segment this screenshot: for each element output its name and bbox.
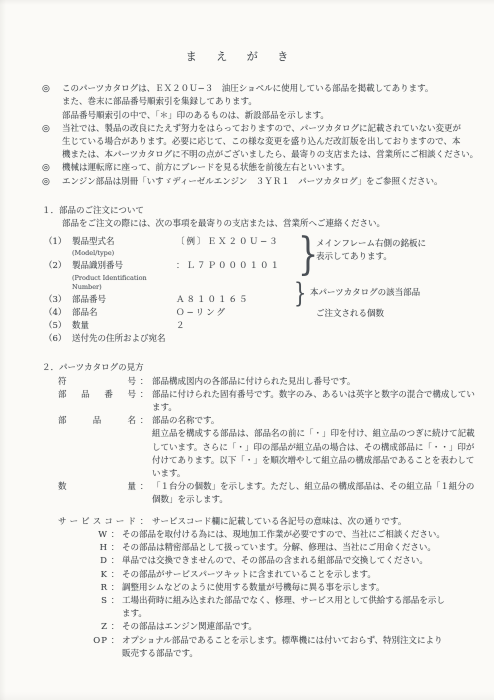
service-code-line: その部品は精密部品として扱っています。分解、修理は、当社にご用命ください。 [122, 542, 470, 555]
item-value: Ａ８１０１６５ [176, 294, 250, 307]
definition-term: 部品名 [58, 415, 136, 481]
note-text: このパーツカタログは、ＥＸ２０Ｕ−３ 油圧ショベルに使用している部品を掲載してあ… [62, 83, 470, 123]
service-code-key: S [58, 595, 108, 621]
service-code-line: その部品を取付ける為には、現地加工作業が必要ですので、当社にご相談ください。 [122, 529, 470, 542]
item-label: 送付先の住所および宛名 [72, 333, 176, 346]
service-code-item: OP ： オプショナル部品であることを示します。標準機には付いておらず、特別注文… [42, 635, 470, 661]
catalog-part-annotation: 本パーツカタログの該当部品 [310, 287, 420, 300]
item-number: （4） [44, 307, 72, 320]
section-ordering-parts: １．部品のご注文について 部品をご注文の際には、次の事項を最寄りの支店または、営… [42, 205, 470, 347]
item-label: 数量 [72, 320, 176, 333]
colon-separator: ： [108, 569, 122, 582]
note-line: エンジン部品は別冊「いすゞディーゼルエンジン ３ＹＲ１ パーツカタログ」をご参照… [62, 176, 470, 189]
colon-separator: ： [136, 481, 152, 507]
note-line: 当社では、製品の改良にたえず努力をはらっておりますので、パーツカタログに記載され… [62, 123, 478, 136]
service-code-line: 販売する部品です。 [122, 648, 470, 661]
scanned-document-page: { "symbols": { "bullet": "◎", "colon": "… [0, 0, 494, 700]
definition-line: 個数」を示します。 [152, 494, 474, 507]
item-value: 〔例〕ＥＸ２０Ｕ−３ [176, 236, 280, 258]
section-how-to-read: ２．パーツカタログの見方 符号 ： 部品構成図内の各部品に付けられた見出し番号で… [42, 362, 470, 660]
order-info-row: （6） 送付先の住所および宛名 [44, 333, 470, 346]
service-code-key: H [58, 542, 108, 555]
item-number: （1） [44, 236, 72, 258]
page-title: ま え が き [42, 50, 440, 63]
note-text: エンジン部品は別冊「いすゞディーゼルエンジン ３ＹＲ１ パーツカタログ」をご参照… [62, 176, 470, 189]
service-code-line: ます。 [122, 608, 470, 621]
note-item: ◎ このパーツカタログは、ＥＸ２０Ｕ−３ 油圧ショベルに使用している部品を掲載し… [42, 83, 470, 123]
colon-separator: ： [108, 635, 122, 661]
service-code-key: R [58, 582, 108, 595]
service-code-item: K ： その部品がサービスパーツキットに含まれていることを示します。 [42, 569, 470, 582]
order-info-row: （5） 数量 ２ [44, 320, 470, 333]
note-line: 部品番号順索引の中で、「＊」印のあるものは、新設部品を示します。 [62, 110, 470, 123]
service-code-key: W [58, 529, 108, 542]
note-item: ◎ エンジン部品は別冊「いすゞディーゼルエンジン ３ＹＲ１ パーツカタログ」をご… [42, 176, 470, 189]
definition-line: 「１台分の個数」を示します。ただし、組立品の構成部品は、その組立品「１組分の [152, 481, 474, 494]
colon-separator: ： [136, 376, 152, 389]
item-number: （5） [44, 320, 72, 333]
double-circle-bullet-icon: ◎ [42, 123, 62, 163]
order-info-list: （1） 製品型式名 (Model/type) 〔例〕ＥＸ２０Ｕ−３ （2） 製品… [44, 236, 470, 346]
item-number: （6） [44, 333, 72, 346]
note-line: 機械は運転席に座って、前方にブレードを見る状態を前後左右といいます。 [62, 162, 470, 175]
service-code-item: S ： 工場出荷時に組み込まれた部品でなく、修理、サービス用として供給する部品を… [42, 595, 470, 621]
item-label: 製品型式名 [72, 236, 176, 249]
service-code-key: OP [58, 635, 108, 661]
service-code-item: H ： その部品は精密部品として扱っています。分解、修理は、当社にご用命ください… [42, 542, 470, 555]
note-text: 当社では、製品の改良にたえず努力をはらっておりますので、パーツカタログに記載され… [62, 123, 478, 163]
service-code-line: その部品がサービスパーツキットに含まれていることを示します。 [122, 569, 470, 582]
service-code-term: サービスコード [58, 516, 136, 529]
definition-line: 付けてあります。以下「・」を順次増やして組立品の構成部品であることを表わして [152, 455, 475, 468]
colon-separator: ： [108, 529, 122, 542]
item-label: 部品名 [72, 307, 176, 320]
service-code-desc: サービスコード欄に記載している各記号の意味は、次の通りです。 [152, 516, 470, 529]
definition-row: 部品名 ： 部品の名称です。 組立品を構成する部品は、部品名の前に「・」印を付け… [42, 415, 470, 481]
colon-separator: ： [136, 516, 152, 529]
annotation-line: メインフレーム右側の銘板に [316, 238, 426, 251]
double-circle-bullet-icon: ◎ [42, 162, 62, 175]
definition-row: 数量 ： 「１台分の個数」を示します。ただし、組立品の構成部品は、その組立品「１… [42, 481, 470, 507]
definition-line: います。 [152, 468, 475, 481]
colon-separator: ： [108, 582, 122, 595]
definition-line: 部品の名称です。 [152, 415, 475, 428]
colon-separator: ： [136, 415, 152, 481]
service-code-key: D [58, 555, 108, 568]
definition-line: 組立品を構成する部品は、部品名の前に「・」印を付け、組立品のつぎに続けて記載 [152, 428, 475, 441]
colon-separator: ： [108, 595, 122, 621]
curly-brace-icon: } [294, 280, 306, 308]
colon-separator: ： [136, 389, 152, 415]
item-value: ２ [176, 320, 187, 333]
double-circle-bullet-icon: ◎ [42, 176, 62, 189]
definition-line: 部品に付けられた固有番号です。数字のみ、あるいは英字と数字の混合で構成してい [152, 389, 475, 402]
section1-intro: 部品をご注文の際には、次の事項を最寄りの支店または、営業所へご連絡ください。 [62, 218, 470, 231]
service-code-key: K [58, 569, 108, 582]
item-label: 部品番号 [72, 294, 176, 307]
colon-separator: ： [108, 621, 122, 634]
note-text: 機械は運転席に座って、前方にブレードを見る状態を前後左右といいます。 [62, 162, 470, 175]
service-code-item: W ： その部品を取付ける為には、現地加工作業が必要ですので、当社にご相談くださ… [42, 529, 470, 542]
note-line: また、巻末に部品番号順索引を集録してあります。 [62, 96, 470, 109]
note-line: このパーツカタログは、ＥＸ２０Ｕ−３ 油圧ショベルに使用している部品を掲載してあ… [62, 83, 470, 96]
order-info-row: （4） 部品名 Ｏ−リング [44, 307, 470, 320]
item-number: （3） [44, 294, 72, 307]
colon-separator: ： [108, 555, 122, 568]
definition-term: 符号 [58, 376, 136, 389]
definition-term: 数量 [58, 481, 136, 507]
item-value: ：Ｌ７Ｐ０００１０１ [176, 260, 281, 291]
definition-row: 部品番号 ： 部品に付けられた固有番号です。数字のみ、あるいは英字と数字の混合で… [42, 389, 470, 415]
definition-line: 部品構成図内の各部品に付けられた見出し番号です。 [152, 376, 470, 389]
service-code-row: サービスコード ： サービスコード欄に記載している各記号の意味は、次の通りです。 [42, 516, 470, 529]
definition-term: 部品番号 [58, 389, 136, 415]
service-code-line: 工場出荷時に組み込まれた部品でなく、修理、サービス用として供給する部品を示し [122, 595, 470, 608]
preface-notes: ◎ このパーツカタログは、ＥＸ２０Ｕ−３ 油圧ショベルに使用している部品を掲載し… [42, 83, 470, 189]
item-value: Ｏ−リング [176, 307, 227, 320]
definition-line: ます。 [152, 402, 475, 415]
definition-line: しています。さらに「・」印の部品が組立品の場合は、その構成部品に「・・」印が [152, 442, 475, 455]
service-code-line: 調整用シムなどのように使用する数量が号機毎に異る事を示します。 [122, 582, 470, 595]
section2-heading: ２．パーツカタログの見方 [42, 362, 470, 375]
service-code-line: その部品はエンジン関連部品です。 [122, 621, 470, 634]
note-item: ◎ 機械は運転席に座って、前方にブレードを見る状態を前後左右といいます。 [42, 162, 470, 175]
service-code-line: 単品では交換できませんので、その部品の含まれる組部品で交換してください。 [122, 555, 470, 568]
item-number: （2） [44, 260, 72, 291]
preface-page: ま え が き ◎ このパーツカタログは、ＥＸ２０Ｕ−３ 油圧ショベルに使用して… [0, 0, 494, 661]
service-code-key: Z [58, 621, 108, 634]
colon-separator: ： [108, 542, 122, 555]
note-line: 生じている場合があります。必要に応じて、この様な変更を盛り込んだ改訂版を出してお… [62, 136, 478, 149]
note-item: ◎ 当社では、製品の改良にたえず努力をはらっておりますので、パーツカタログに記載… [42, 123, 470, 163]
service-code-line: オプショナル部品であることを示します。標準機には付いておらず、特別注文により [122, 635, 470, 648]
definition-row: 符号 ： 部品構成図内の各部品に付けられた見出し番号です。 [42, 376, 470, 389]
section1-heading: １．部品のご注文について [42, 205, 470, 218]
service-code-item: D ： 単品では交換できませんので、その部品の含まれる組部品で交換してください。 [42, 555, 470, 568]
item-label-en: (Product Identification Number) [72, 274, 176, 292]
service-code-item: R ： 調整用シムなどのように使用する数量が号機毎に異る事を示します。 [42, 582, 470, 595]
quantity-annotation: ご注文される個数 [316, 308, 384, 321]
nameplate-annotation: メインフレーム右側の銘板に 表示してあります。 [316, 238, 426, 264]
annotation-line: 表示してあります。 [316, 251, 426, 264]
service-code-item: Z ： その部品はエンジン関連部品です。 [42, 621, 470, 634]
double-circle-bullet-icon: ◎ [42, 83, 62, 123]
item-label: 製品識別番号 [72, 260, 176, 273]
item-label-en: (Model/type) [72, 249, 176, 258]
note-line: 機または、本パーツカタログに不明の点がございましたら、最寄りの支店または、営業所… [62, 149, 478, 162]
